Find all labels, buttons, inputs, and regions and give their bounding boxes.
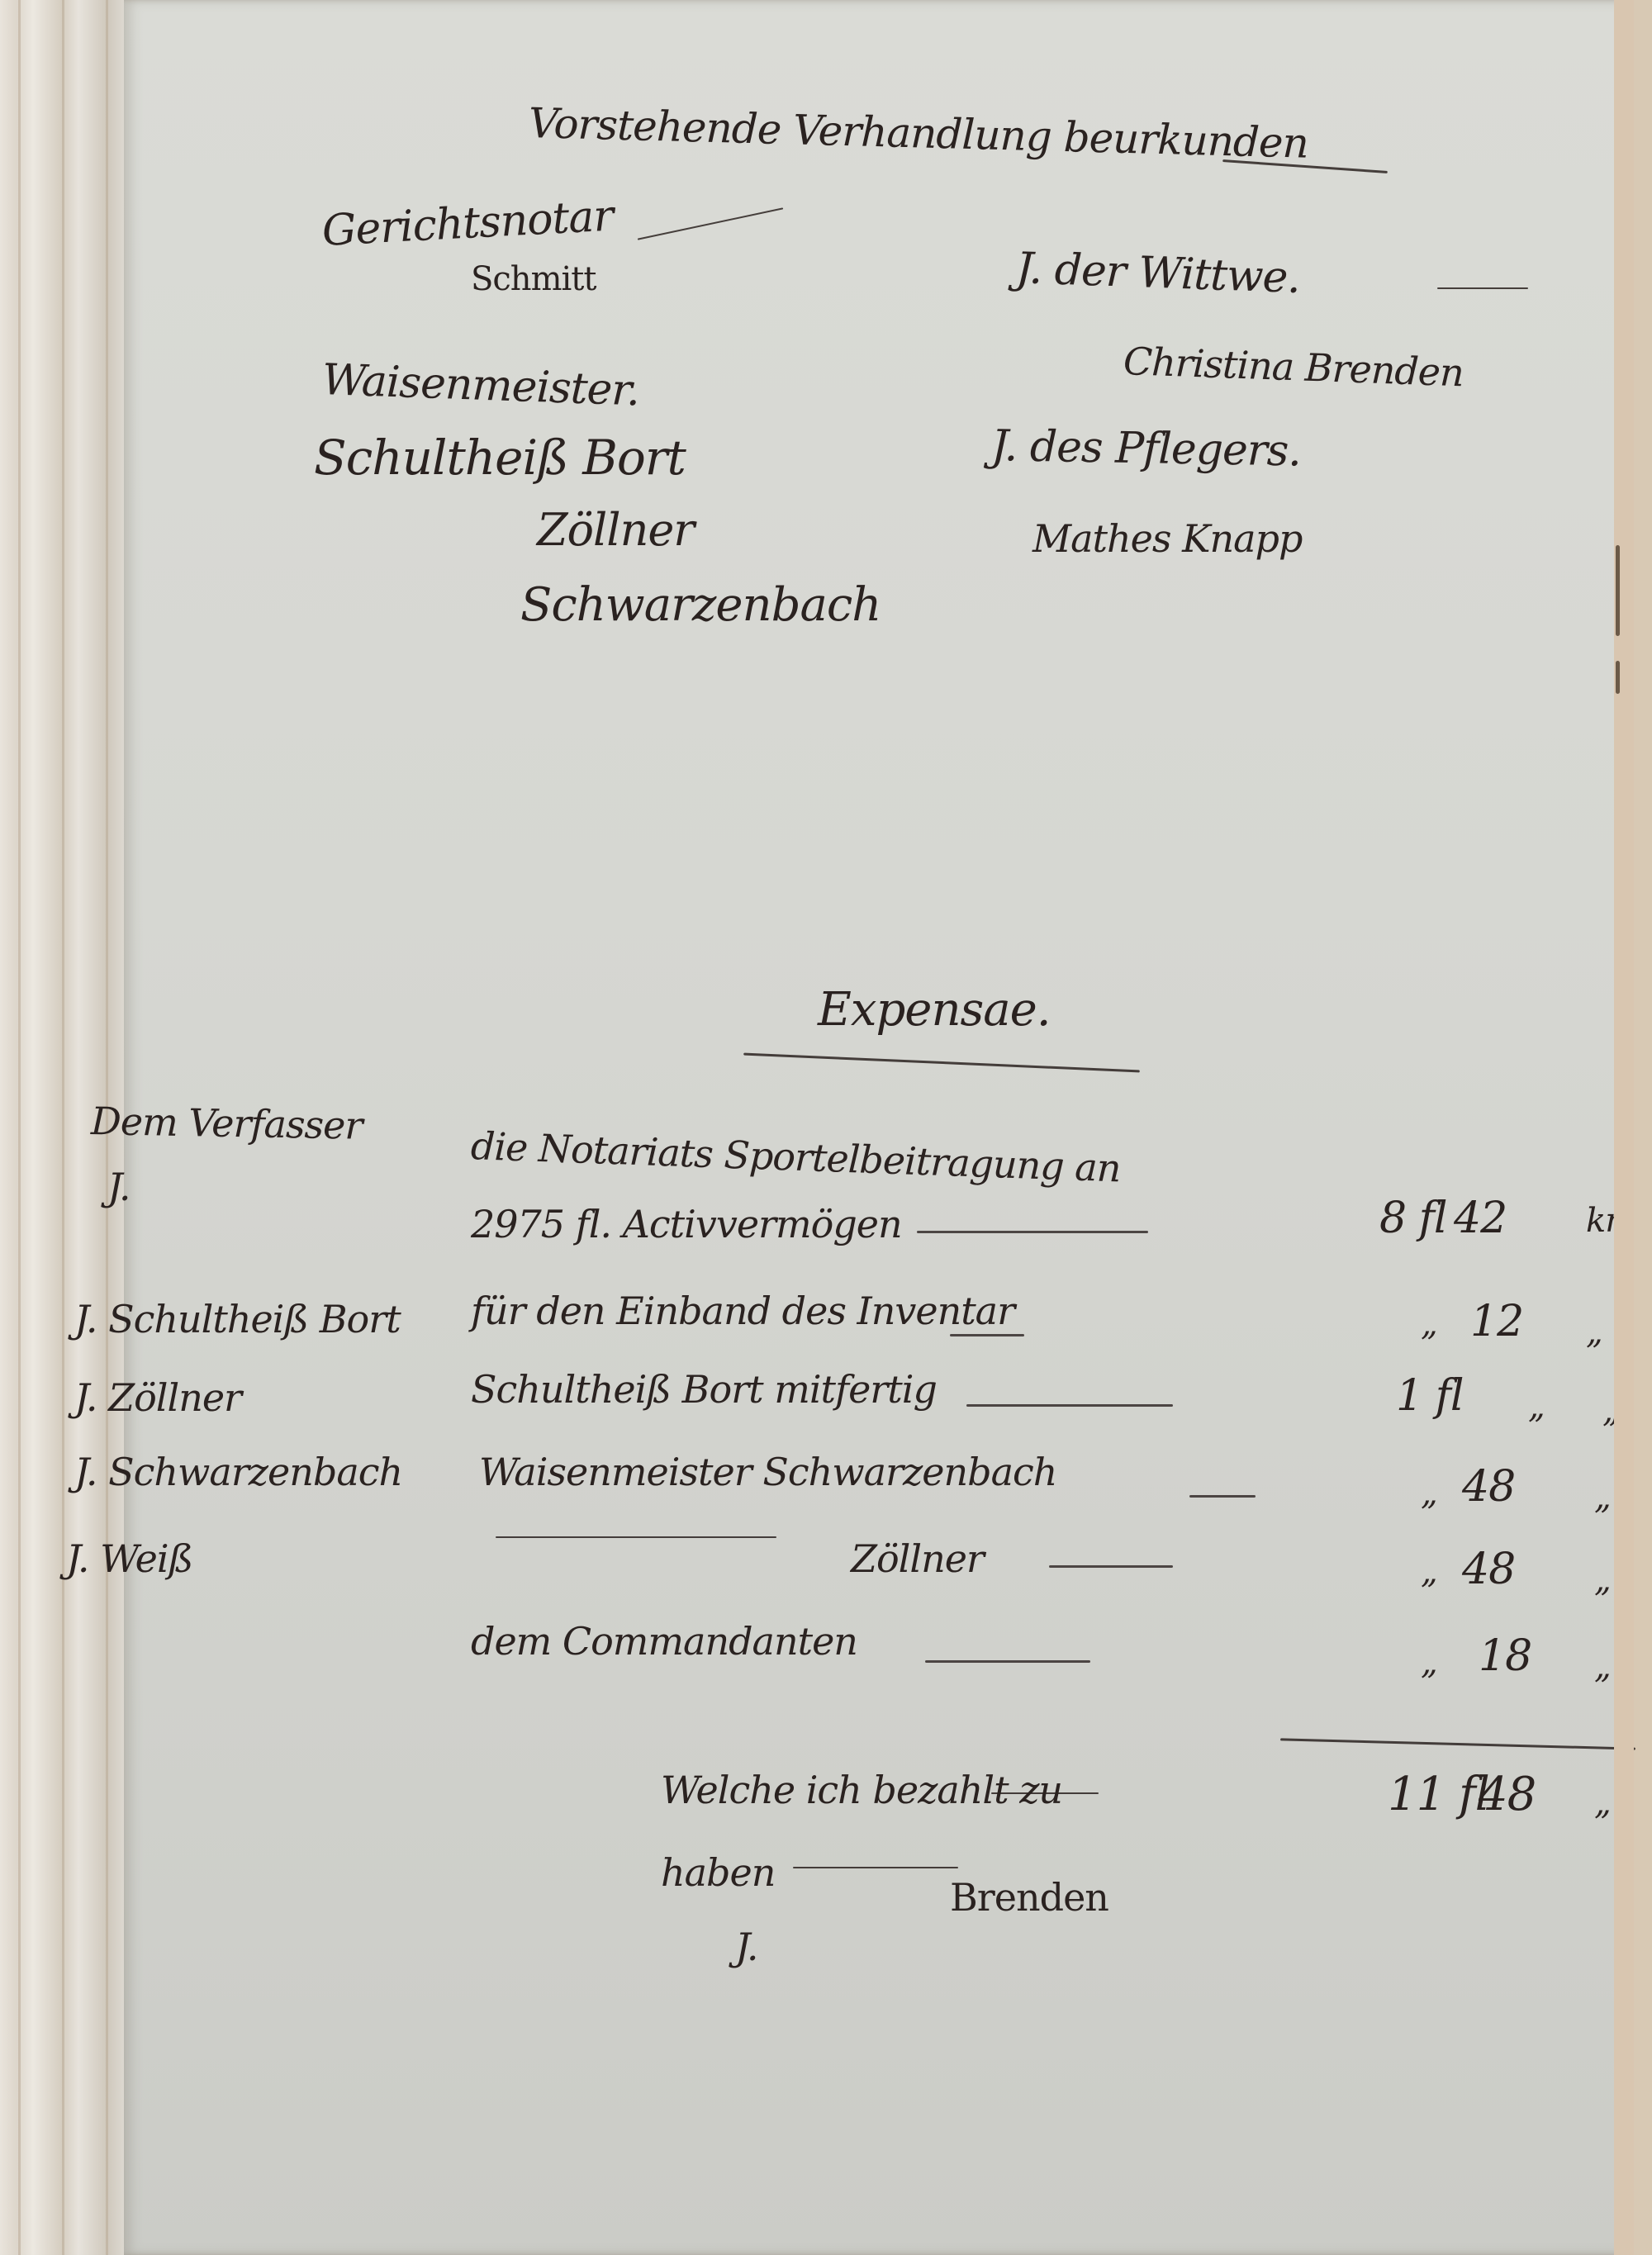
expenses-title-underline: [743, 1053, 1140, 1073]
page-heading: Vorstehende Verhandlung beurkunden: [528, 99, 1308, 168]
amount-florin: „: [1421, 1553, 1437, 1591]
manuscript-page: Vorstehende Verhandlung beurkunden Geric…: [124, 0, 1634, 2255]
amount-florin: 1 fl: [1396, 1371, 1464, 1421]
expense-description: 2975 fl. Activvermögen: [471, 1202, 902, 1246]
expense-description: Zöllner: [851, 1536, 984, 1581]
closing-text: haben: [661, 1850, 775, 1895]
signature-zoellner: Zöllner: [537, 504, 694, 556]
expense-description: dem Commandanten: [471, 1619, 857, 1664]
orphan-master-role: Waisenmeister.: [321, 355, 640, 415]
amount-florin: „: [1421, 1644, 1437, 1682]
expense-description: für den Einband des Inventar: [471, 1289, 1014, 1333]
amount-kreuzer: 48: [1462, 1545, 1515, 1594]
guardian-name: Mathes Knapp: [1032, 516, 1302, 561]
leader-dashes: [1049, 1565, 1173, 1568]
amount-heller: „: [1586, 1313, 1602, 1351]
amount-heller: „: [1594, 1479, 1611, 1517]
notary-title: Gerichtsnotar: [320, 192, 614, 256]
sum-rule: [1280, 1738, 1635, 1749]
amount-kreuzer: 12: [1470, 1297, 1523, 1346]
amount-heller: „: [1594, 1648, 1611, 1686]
amount-kreuzer: „: [1528, 1388, 1545, 1426]
expense-description: Schultheiß Bort mitfertig: [471, 1367, 937, 1412]
expense-signatory: J. Zöllner: [74, 1375, 241, 1420]
widow-flourish: [1437, 287, 1528, 289]
closing-initial: J.: [735, 1925, 758, 1969]
expenses-title: Expensae.: [818, 983, 1051, 1037]
closing-flourish: [793, 1867, 958, 1868]
intro-left-initial: J.: [107, 1165, 131, 1209]
amount-florin: „: [1421, 1305, 1437, 1343]
notary-flourish: [638, 207, 783, 240]
expense-signatory: J. Weiß: [66, 1536, 192, 1581]
total-label: Welche ich bezahlt zu: [661, 1768, 1062, 1812]
leader-dashes: [917, 1231, 1148, 1233]
leader-dashes: [966, 1404, 1173, 1407]
guardian-label: J. des Pflegers.: [990, 421, 1301, 477]
leader-dashes: [925, 1660, 1090, 1663]
signature-schwarzenbach: Schwarzenbach: [520, 578, 881, 632]
expense-signatory: J. Schwarzenbach: [74, 1450, 402, 1494]
leader-dashes: [1189, 1495, 1256, 1498]
expense-description: Waisenmeister Schwarzenbach: [479, 1450, 1056, 1494]
widow-name: Christina Brenden: [1123, 339, 1464, 395]
amount-kreuzer: 18: [1479, 1631, 1531, 1681]
amount-kreuzer: 48: [1462, 1462, 1515, 1512]
book-binding-edge: [1614, 0, 1634, 2255]
total-kreuzer: 48: [1479, 1768, 1536, 1821]
intro-left-label: Dem Verfasser: [91, 1099, 363, 1148]
amount-heller: „: [1594, 1561, 1611, 1599]
expense-signatory: J. Schultheiß Bort: [74, 1297, 401, 1341]
notary-name: Schmitt: [471, 260, 596, 298]
amount-kreuzer: 42: [1454, 1194, 1507, 1243]
leader-dashes: [950, 1334, 1024, 1336]
total-florin: 11 fl: [1388, 1768, 1489, 1821]
widow-label: J. der Wittwe.: [1015, 244, 1301, 303]
amount-florin: „: [1421, 1474, 1437, 1512]
amount-florin: 8 fl: [1379, 1194, 1447, 1243]
total-flourish: [991, 1792, 1099, 1794]
intro-text: die Notariats Sportelbeitragung an: [470, 1123, 1121, 1190]
signature-schultheiss-bort: Schultheiß Bort: [314, 430, 686, 486]
closing-signature: Brenden: [950, 1875, 1108, 1920]
ditto-line: [496, 1536, 776, 1538]
total-heller: „: [1594, 1784, 1611, 1822]
